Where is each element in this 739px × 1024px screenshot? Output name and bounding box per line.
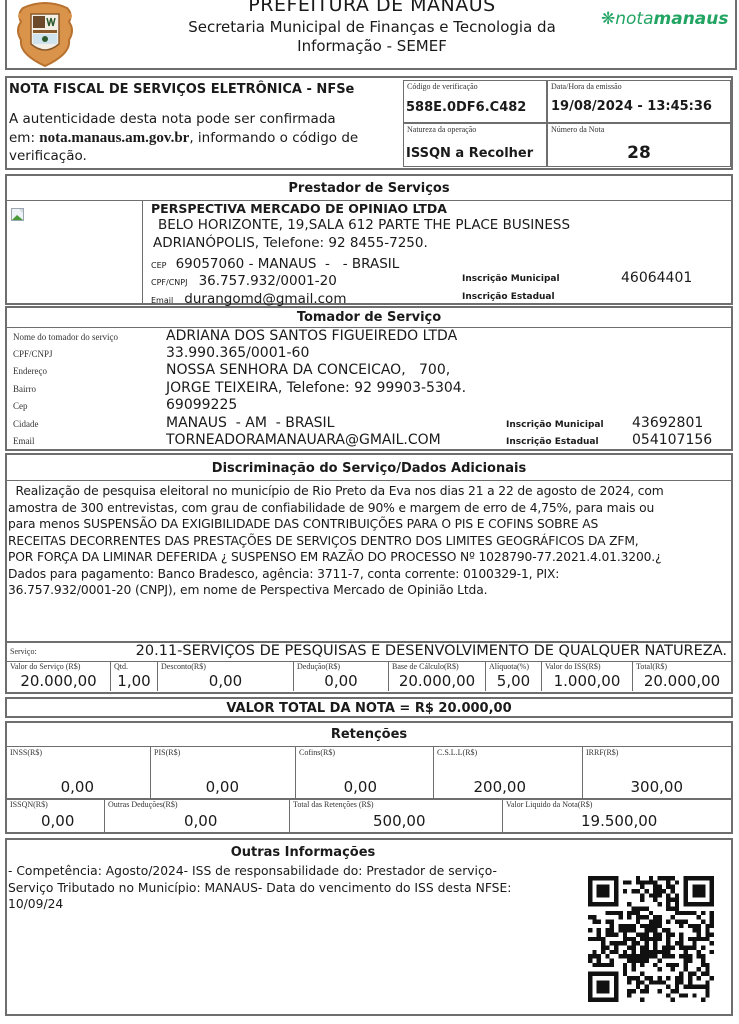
header-subtitle-line2: Informação - SEMEF: [147, 37, 597, 55]
provider-address-line1: BELO HORIZONTE, 19,SALA 612 PARTE THE PL…: [158, 217, 570, 233]
header: PREFEITURA DE MANAUS Secretaria Municipa…: [5, 0, 737, 70]
service-value-cell: Alíquota(%)5,00: [485, 662, 541, 691]
retention-cell: Cofins(R$)0,00: [295, 747, 433, 798]
retention-label: IRRF(R$): [586, 748, 618, 757]
description-section: Discriminação do Serviço/Dados Adicionai…: [5, 453, 733, 643]
service-value-cell: Dedução(R$)0,00: [293, 662, 388, 691]
retention-value: 0,00: [61, 778, 94, 796]
auth-line1: A autenticidade desta nota pode ser conf…: [9, 111, 336, 127]
note-number-label: Número da Nota: [551, 125, 604, 134]
verification-site-link[interactable]: nota.manaus.am.gov.br: [39, 130, 189, 146]
retention-label: Outras Deduções(R$): [108, 800, 178, 809]
provider-email-label: Email: [151, 296, 173, 305]
retention-cell: INSS(R$)0,00: [7, 747, 150, 798]
service-column-value: 1.000,00: [542, 672, 632, 690]
other-info-text: - Competência: Agosto/2024- ISS de respo…: [8, 863, 511, 913]
verification-code: 588E.0DF6.C482: [406, 100, 526, 115]
retention-label: Total das Retenções (R$): [293, 800, 374, 809]
retention-value: 500,00: [373, 812, 426, 830]
note-number-cell: Número da Nota 28: [547, 123, 731, 167]
taker-row-value: TORNEADORAMANAUARA@GMAIL.COM: [166, 432, 441, 448]
retention-value: 300,00: [631, 778, 684, 796]
description-section-title: Discriminação do Serviço/Dados Adicionai…: [7, 461, 731, 476]
service-value-cell: Qtd.1,00: [110, 662, 157, 691]
taker-row-value: 33.990.365/0001-60: [166, 345, 309, 361]
retention-cell: Total das Retenções (R$)500,00: [289, 800, 502, 832]
city-coat-of-arms-icon: [13, 0, 77, 68]
note-number: 28: [548, 143, 730, 163]
retentions-section: Retenções INSS(R$)0,00PIS(R$)0,00Cofins(…: [5, 721, 733, 834]
header-subtitle-line1: Secretaria Municipal de Finanças e Tecno…: [147, 18, 597, 36]
nfse-title: NOTA FISCAL DE SERVIÇOS ELETRÔNICA - NFS…: [9, 82, 354, 97]
retention-cell: Outras Deduções(R$)0,00: [104, 800, 289, 832]
service-label: Serviço:: [10, 647, 37, 656]
total-box: VALOR TOTAL DA NOTA = R$ 20.000,00: [5, 697, 733, 718]
provider-state-label: Inscrição Estadual: [462, 292, 555, 302]
service-column-value: 1,00: [111, 672, 157, 690]
service-value-cell: Valor do ISS(R$)1.000,00: [541, 662, 632, 691]
provider-municipal-label: Inscrição Municipal: [462, 274, 560, 284]
retention-cell: PIS(R$)0,00: [150, 747, 295, 798]
taker-row-value: 69099225: [166, 397, 237, 413]
taker-row-value: JORGE TEIXEIRA, Telefone: 92 99903-5304.: [166, 380, 466, 396]
service-column-label: Base de Cálculo(R$): [392, 662, 459, 671]
provider-cnpj-label: CPF/CNPJ: [151, 278, 187, 287]
header-title: PREFEITURA DE MANAUS: [147, 0, 597, 16]
issue-datetime: 19/08/2024 - 13:45:36: [551, 99, 712, 114]
operation-cell: Natureza da operação ISSQN a Recolher: [403, 123, 547, 167]
qr-code-icon[interactable]: [588, 876, 714, 1002]
service-column-value: 5,00: [486, 672, 541, 690]
retention-label: Cofins(R$): [299, 748, 335, 757]
issue-datetime-cell: Data/Hora da emissão 19/08/2024 - 13:45:…: [547, 80, 731, 123]
verification-code-cell: Código de verificação 588E.0DF6.C482: [403, 80, 547, 123]
service-value-cell: Valor do Serviço (R$)20.000,00: [7, 662, 110, 691]
retention-value: 0,00: [184, 812, 217, 830]
auth-line3: verificação.: [9, 148, 87, 164]
other-info-title: Outras Informações: [7, 845, 599, 860]
issue-datetime-label: Data/Hora da emissão: [551, 82, 622, 91]
taker-row-value: NOSSA SENHORA DA CONCEICAO, 700,: [166, 362, 450, 378]
operation-label: Natureza da operação: [407, 125, 476, 134]
description-line: amostra de 300 entrevistas, com grau de …: [8, 500, 664, 517]
retention-value: 0,00: [41, 812, 74, 830]
service-value: 20.11-SERVIÇOS DE PESQUISAS E DESENVOLVI…: [136, 643, 727, 659]
retention-value: 200,00: [474, 778, 527, 796]
retention-cell: Valor Liquido da Nota(R$)19.500,00: [502, 800, 731, 832]
provider-section-title: Prestador de Serviços: [7, 181, 731, 196]
auth-prefix: em:: [9, 130, 39, 146]
description-line: POR FORÇA DA LIMINAR DEFERIDA ¿ SUSPENSO…: [8, 549, 664, 566]
taker-state-label: Inscrição Estadual: [506, 437, 599, 447]
verification-code-label: Código de verificação: [407, 82, 478, 91]
provider-email-row: Email durangomd@gmail.com: [151, 288, 346, 307]
service-section: Serviço: 20.11-SERVIÇOS DE PESQUISAS E D…: [5, 642, 733, 694]
service-column-label: Valor do Serviço (R$): [10, 662, 80, 671]
taker-row-value: MANAUS - AM - BRASIL: [166, 415, 334, 431]
total-value: VALOR TOTAL DA NOTA = R$ 20.000,00: [7, 701, 731, 716]
other-info-section: Outras Informações - Competência: Agosto…: [5, 838, 733, 1016]
taker-row-label: CPF/CNPJ: [13, 349, 53, 359]
taker-municipal: 43692801: [632, 415, 703, 431]
auth-suffix: , informando o código de: [189, 130, 358, 146]
taker-section-title: Tomador de Serviço: [7, 310, 731, 325]
retention-value: 0,00: [206, 778, 239, 796]
retention-label: C.S.L.L(R$): [437, 748, 477, 757]
taker-row-label: Email: [13, 436, 35, 446]
provider-section: Prestador de Serviços PERSPECTIVA MERCAD…: [5, 174, 733, 305]
taker-row-label: Nome do tomador do serviço: [13, 332, 118, 342]
service-column-label: Desconto(R$): [161, 662, 206, 671]
taker-row-label: Cidade: [13, 419, 39, 429]
retention-value: 0,00: [344, 778, 377, 796]
provider-cep-label: CEP: [151, 261, 166, 270]
retention-label: PIS(R$): [154, 748, 180, 757]
provider-name: PERSPECTIVA MERCADO DE OPINIAO LTDA: [151, 201, 447, 216]
service-column-label: Qtd.: [114, 662, 128, 671]
service-column-value: 20.000,00: [389, 672, 485, 690]
service-value-cell: Total(R$)20.000,00: [632, 662, 731, 691]
provider-cnpj: 36.757.932/0001-20: [199, 273, 337, 289]
retentions-section-title: Retenções: [7, 727, 731, 742]
service-column-label: Total(R$): [636, 662, 667, 671]
description-line: 36.757.932/0001-20 (CNPJ), em nome de Pe…: [8, 582, 664, 599]
nfse-info-box: NOTA FISCAL DE SERVIÇOS ELETRÔNICA - NFS…: [5, 76, 733, 170]
other-info-line: 10/09/24: [8, 896, 511, 913]
other-info-line: Serviço Tributado no Município: MANAUS- …: [8, 880, 511, 897]
description-line: para menos SUSPENSÃO DA EXIGIBILIDADE DA…: [8, 516, 664, 533]
auth-line2: em: nota.manaus.am.gov.br, informando o …: [9, 130, 358, 147]
provider-logo-placeholder: [7, 201, 143, 303]
provider-cnpj-row: CPF/CNPJ 36.757.932/0001-20: [151, 270, 337, 289]
provider-address-line2: ADRIANÓPOLIS, Telefone: 92 8455-7250.: [153, 235, 428, 251]
retention-label: Valor Liquido da Nota(R$): [506, 800, 592, 809]
service-column-label: Valor do ISS(R$): [545, 662, 601, 671]
taker-section: Tomador de Serviço Nome do tomador do se…: [5, 306, 733, 451]
service-column-value: 20.000,00: [633, 672, 731, 690]
description-line: Dados para pagamento: Banco Bradesco, ag…: [8, 566, 664, 583]
brand-suffix: manaus: [654, 9, 729, 29]
description-text: Realização de pesquisa eleitoral no muni…: [8, 483, 664, 599]
taker-state: 054107156: [632, 432, 712, 448]
provider-municipal: 46064401: [621, 270, 692, 286]
description-line: RECEITAS DECORRENTES DAS PRESTAÇÕES DE S…: [8, 533, 664, 550]
other-info-line: - Competência: Agosto/2024- ISS de respo…: [8, 863, 511, 880]
operation-value: ISSQN a Recolher: [406, 146, 533, 161]
broken-image-icon: [11, 206, 24, 219]
taker-row-label: Cep: [13, 401, 28, 411]
service-column-value: 0,00: [294, 672, 388, 690]
taker-row-label: Bairro: [13, 384, 36, 394]
retention-cell: ISSQN(R$)0,00: [7, 800, 104, 832]
taker-municipal-label: Inscrição Municipal: [506, 420, 604, 430]
taker-row-value: ADRIANA DOS SANTOS FIGUEIREDO LTDA: [166, 328, 457, 344]
service-column-label: Dedução(R$): [297, 662, 340, 671]
retention-cell: C.S.L.L(R$)200,00: [433, 747, 582, 798]
retention-value: 19.500,00: [581, 812, 657, 830]
notamanaus-logo: ❋notamanaus: [601, 9, 729, 29]
service-value-cell: Base de Cálculo(R$)20.000,00: [388, 662, 485, 691]
brand-prefix: nota: [615, 9, 653, 29]
service-column-label: Alíquota(%): [489, 662, 529, 671]
retention-label: INSS(R$): [10, 748, 42, 757]
service-value-cell: Desconto(R$)0,00: [157, 662, 293, 691]
service-column-value: 20.000,00: [7, 672, 110, 690]
retention-cell: IRRF(R$)300,00: [582, 747, 731, 798]
provider-email: durangomd@gmail.com: [184, 291, 346, 307]
taker-row-label: Endereço: [13, 366, 47, 376]
description-line: Realização de pesquisa eleitoral no muni…: [8, 483, 664, 500]
asterisk-icon: ❋: [601, 9, 615, 29]
service-column-value: 0,00: [158, 672, 293, 690]
retention-label: ISSQN(R$): [10, 800, 48, 809]
